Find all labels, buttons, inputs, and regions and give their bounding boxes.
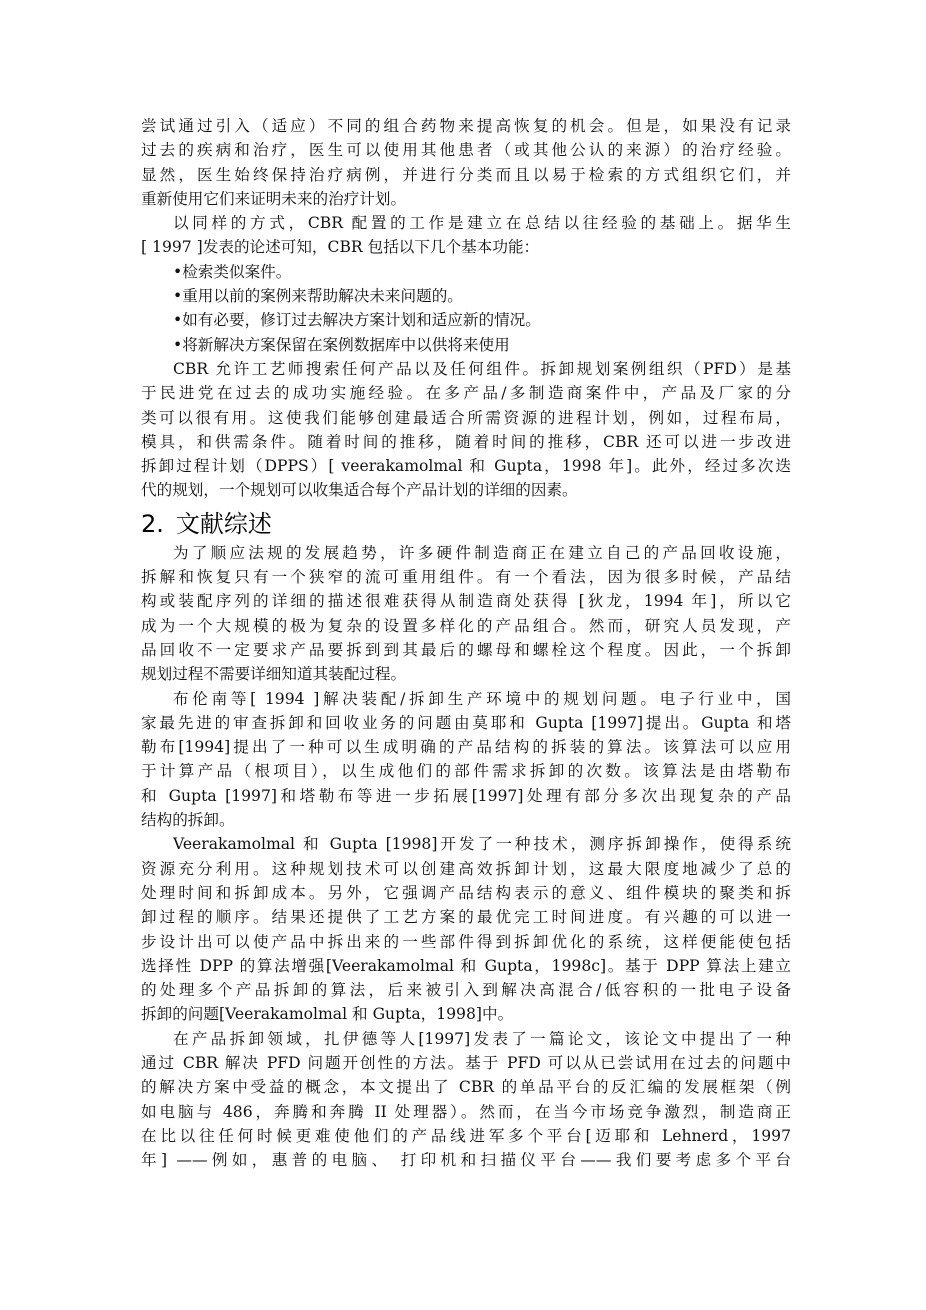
paragraph-recycling-trend: 为了顺应法规的发展趋势，许多硬件制造商正在建立自己的产品回收设施， 拆解和恢复只… (141, 541, 791, 687)
text-line: 模具，和供需条件。随着时间的推移，随着时间的推移，CBR 还可以进一步改进 (141, 430, 791, 454)
paragraph-veerakamolmal: Veerakamolmal 和 Gupta [1998]开发了一种技术，测序拆卸… (141, 832, 791, 1026)
text-line: 类可以很有用。这使我们能够创建最适合所需资源的进程计划，例如，过程布局， (141, 406, 791, 430)
text-line: 的处理多个产品拆卸的算法，后来被引入到解决高混合/低容积的一批电子设备 (141, 978, 791, 1002)
text-line: 步设计出可以使产品中拆出来的一些部件得到拆卸优化的系统，这样便能使包括 (141, 930, 791, 954)
text-line: 选择性 DPP 的算法增强[Veerakamolmal 和 Gupta，1998… (141, 954, 791, 978)
text-line: 于民进党在过去的成功实施经验。在多产品/多制造商案件中，产品及厂家的分 (141, 381, 791, 405)
bullet-item: •将新解决方案保留在案例数据库中以供将来使用 (141, 333, 791, 357)
text-line: 于计算产品（根项目），以生成他们的部件需求拆卸的次数。该算法是由塔勒布 (141, 759, 791, 783)
section-number: 2. (141, 510, 164, 538)
text-line: 在比以往任何时候更难使他们的产品线进军多个平台[迈耶和 Lehnerd，1997 (141, 1124, 791, 1148)
section-title: 文献综述 (176, 510, 272, 538)
document-page: 尝试通过引入（适应）不同的组合药物来提高恢复的机会。但是，如果没有记录 过去的疾… (141, 114, 791, 1172)
text-line: 规划过程不需要详细知道其装配过程。 (141, 662, 791, 686)
text-line: 代的规划，一个规划可以收集适合每个产品计划的详细的因素。 (141, 478, 791, 502)
text-line: 拆卸过程计划（DPPS）[ veerakamolmal 和 Gupta，1998… (141, 454, 791, 478)
text-line: 构或装配序列的详细的描述很难获得从制造商处获得 [狄龙，1994 年]，所以它 (141, 589, 791, 613)
bullet-item: •重用以前的案例来帮助解决未来问题的。 (141, 284, 791, 308)
text-line: 拆解和恢复只有一个狭窄的流可重用组件。有一个看法，因为很多时候，产品结 (141, 565, 791, 589)
text-line: 结构的拆卸。 (141, 808, 791, 832)
section-heading: 2.文献综述 (141, 506, 791, 542)
text-line: 品回收不一定要求产品要拆到到其最后的螺母和螺栓这个程度。因此，一个拆卸 (141, 638, 791, 662)
text-line: 过去的疾病和治疗，医生可以使用其他患者（或其他公认的来源）的治疗经验。 (141, 138, 791, 162)
text-line: 勒布[1994]提出了一种可以生成明确的产品结构的拆装的算法。该算法可以应用 (141, 735, 791, 759)
bullet-list: •检索类似案件。 •重用以前的案例来帮助解决未来问题的。 •如有必要，修订过去解… (141, 260, 791, 357)
text-line: CBR 允许工艺师搜索任何产品以及任何组件。拆卸规划案例组织（PFD）是基 (141, 357, 791, 381)
text-line: 为了顺应法规的发展趋势，许多硬件制造商正在建立自己的产品回收设施， (141, 541, 791, 565)
paragraph-brennan-gupta: 布伦南等[ 1994 ]解决装配/拆卸生产环境中的规划问题。电子行业中，国 家最… (141, 687, 791, 833)
text-line: 显然，医生始终保持治疗病例，并进行分类而且以易于检索的方式组织它们，并 (141, 163, 791, 187)
text-line: 重新使用它们来证明未来的治疗计划。 (141, 187, 791, 211)
paragraph-cbr-pfd: CBR 允许工艺师搜索任何产品以及任何组件。拆卸规划案例组织（PFD）是基 于民… (141, 357, 791, 503)
text-line: 家最先进的审查拆卸和回收业务的问题由莫耶和 Gupta [1997]提出。Gup… (141, 711, 791, 735)
paragraph-cbr-functions: 以同样的方式，CBR 配置的工作是建立在总结以往经验的基础上。据华生 [ 199… (141, 211, 791, 260)
text-line: 在产品拆卸领域，扎伊德等人[1997]发表了一篇论文，该论文中提出了一种 (141, 1027, 791, 1051)
text-line: 成为一个大规模的极为复杂的设置多样化的产品组合。然而，研究人员发现，产 (141, 614, 791, 638)
bullet-item: •如有必要，修订过去解决方案计划和适应新的情况。 (141, 308, 791, 332)
text-line: 通过 CBR 解决 PFD 问题开创性的方法。基于 PFD 可以从已尝试用在过去… (141, 1051, 791, 1075)
text-line: 卸过程的顺序。结果还提供了工艺方案的最优完工时间进度。有兴趣的可以进一 (141, 905, 791, 929)
text-line: 和 Gupta [1997]和塔勒布等进一步拓展[1997]处理有部分多次出现复… (141, 784, 791, 808)
paragraph-intro-continuation: 尝试通过引入（适应）不同的组合药物来提高恢复的机会。但是，如果没有记录 过去的疾… (141, 114, 791, 211)
paragraph-zaid-cbr: 在产品拆卸领域，扎伊德等人[1997]发表了一篇论文，该论文中提出了一种 通过 … (141, 1027, 791, 1173)
text-line: 如电脑与 486，奔腾和奔腾 II 处理器）。然而，在当今市场竞争激烈，制造商正 (141, 1100, 791, 1124)
bullet-item: •检索类似案件。 (141, 260, 791, 284)
text-line: 布伦南等[ 1994 ]解决装配/拆卸生产环境中的规划问题。电子行业中，国 (141, 687, 791, 711)
text-line: 处理时间和拆卸成本。另外，它强调产品结构表示的意义、组件模块的聚类和拆 (141, 881, 791, 905)
text-line: 拆卸的问题[Veerakamolmal 和 Gupta，1998]中。 (141, 1002, 791, 1026)
text-line: 年] ——例如，惠普的电脑、 打印机和扫描仪平台——我们要考虑多个平台 (141, 1148, 791, 1172)
text-line: 以同样的方式，CBR 配置的工作是建立在总结以往经验的基础上。据华生 (141, 211, 791, 235)
text-line: Veerakamolmal 和 Gupta [1998]开发了一种技术，测序拆卸… (141, 832, 791, 856)
text-line: 尝试通过引入（适应）不同的组合药物来提高恢复的机会。但是，如果没有记录 (141, 114, 791, 138)
text-line: 的解决方案中受益的概念，本文提出了 CBR 的单品平台的反汇编的发展框架（例 (141, 1075, 791, 1099)
text-line: [ 1997 ]发表的论述可知，CBR 包括以下几个基本功能： (141, 235, 791, 259)
text-line: 资源充分利用。这种规划技术可以创建高效拆卸计划，这最大限度地减少了总的 (141, 857, 791, 881)
